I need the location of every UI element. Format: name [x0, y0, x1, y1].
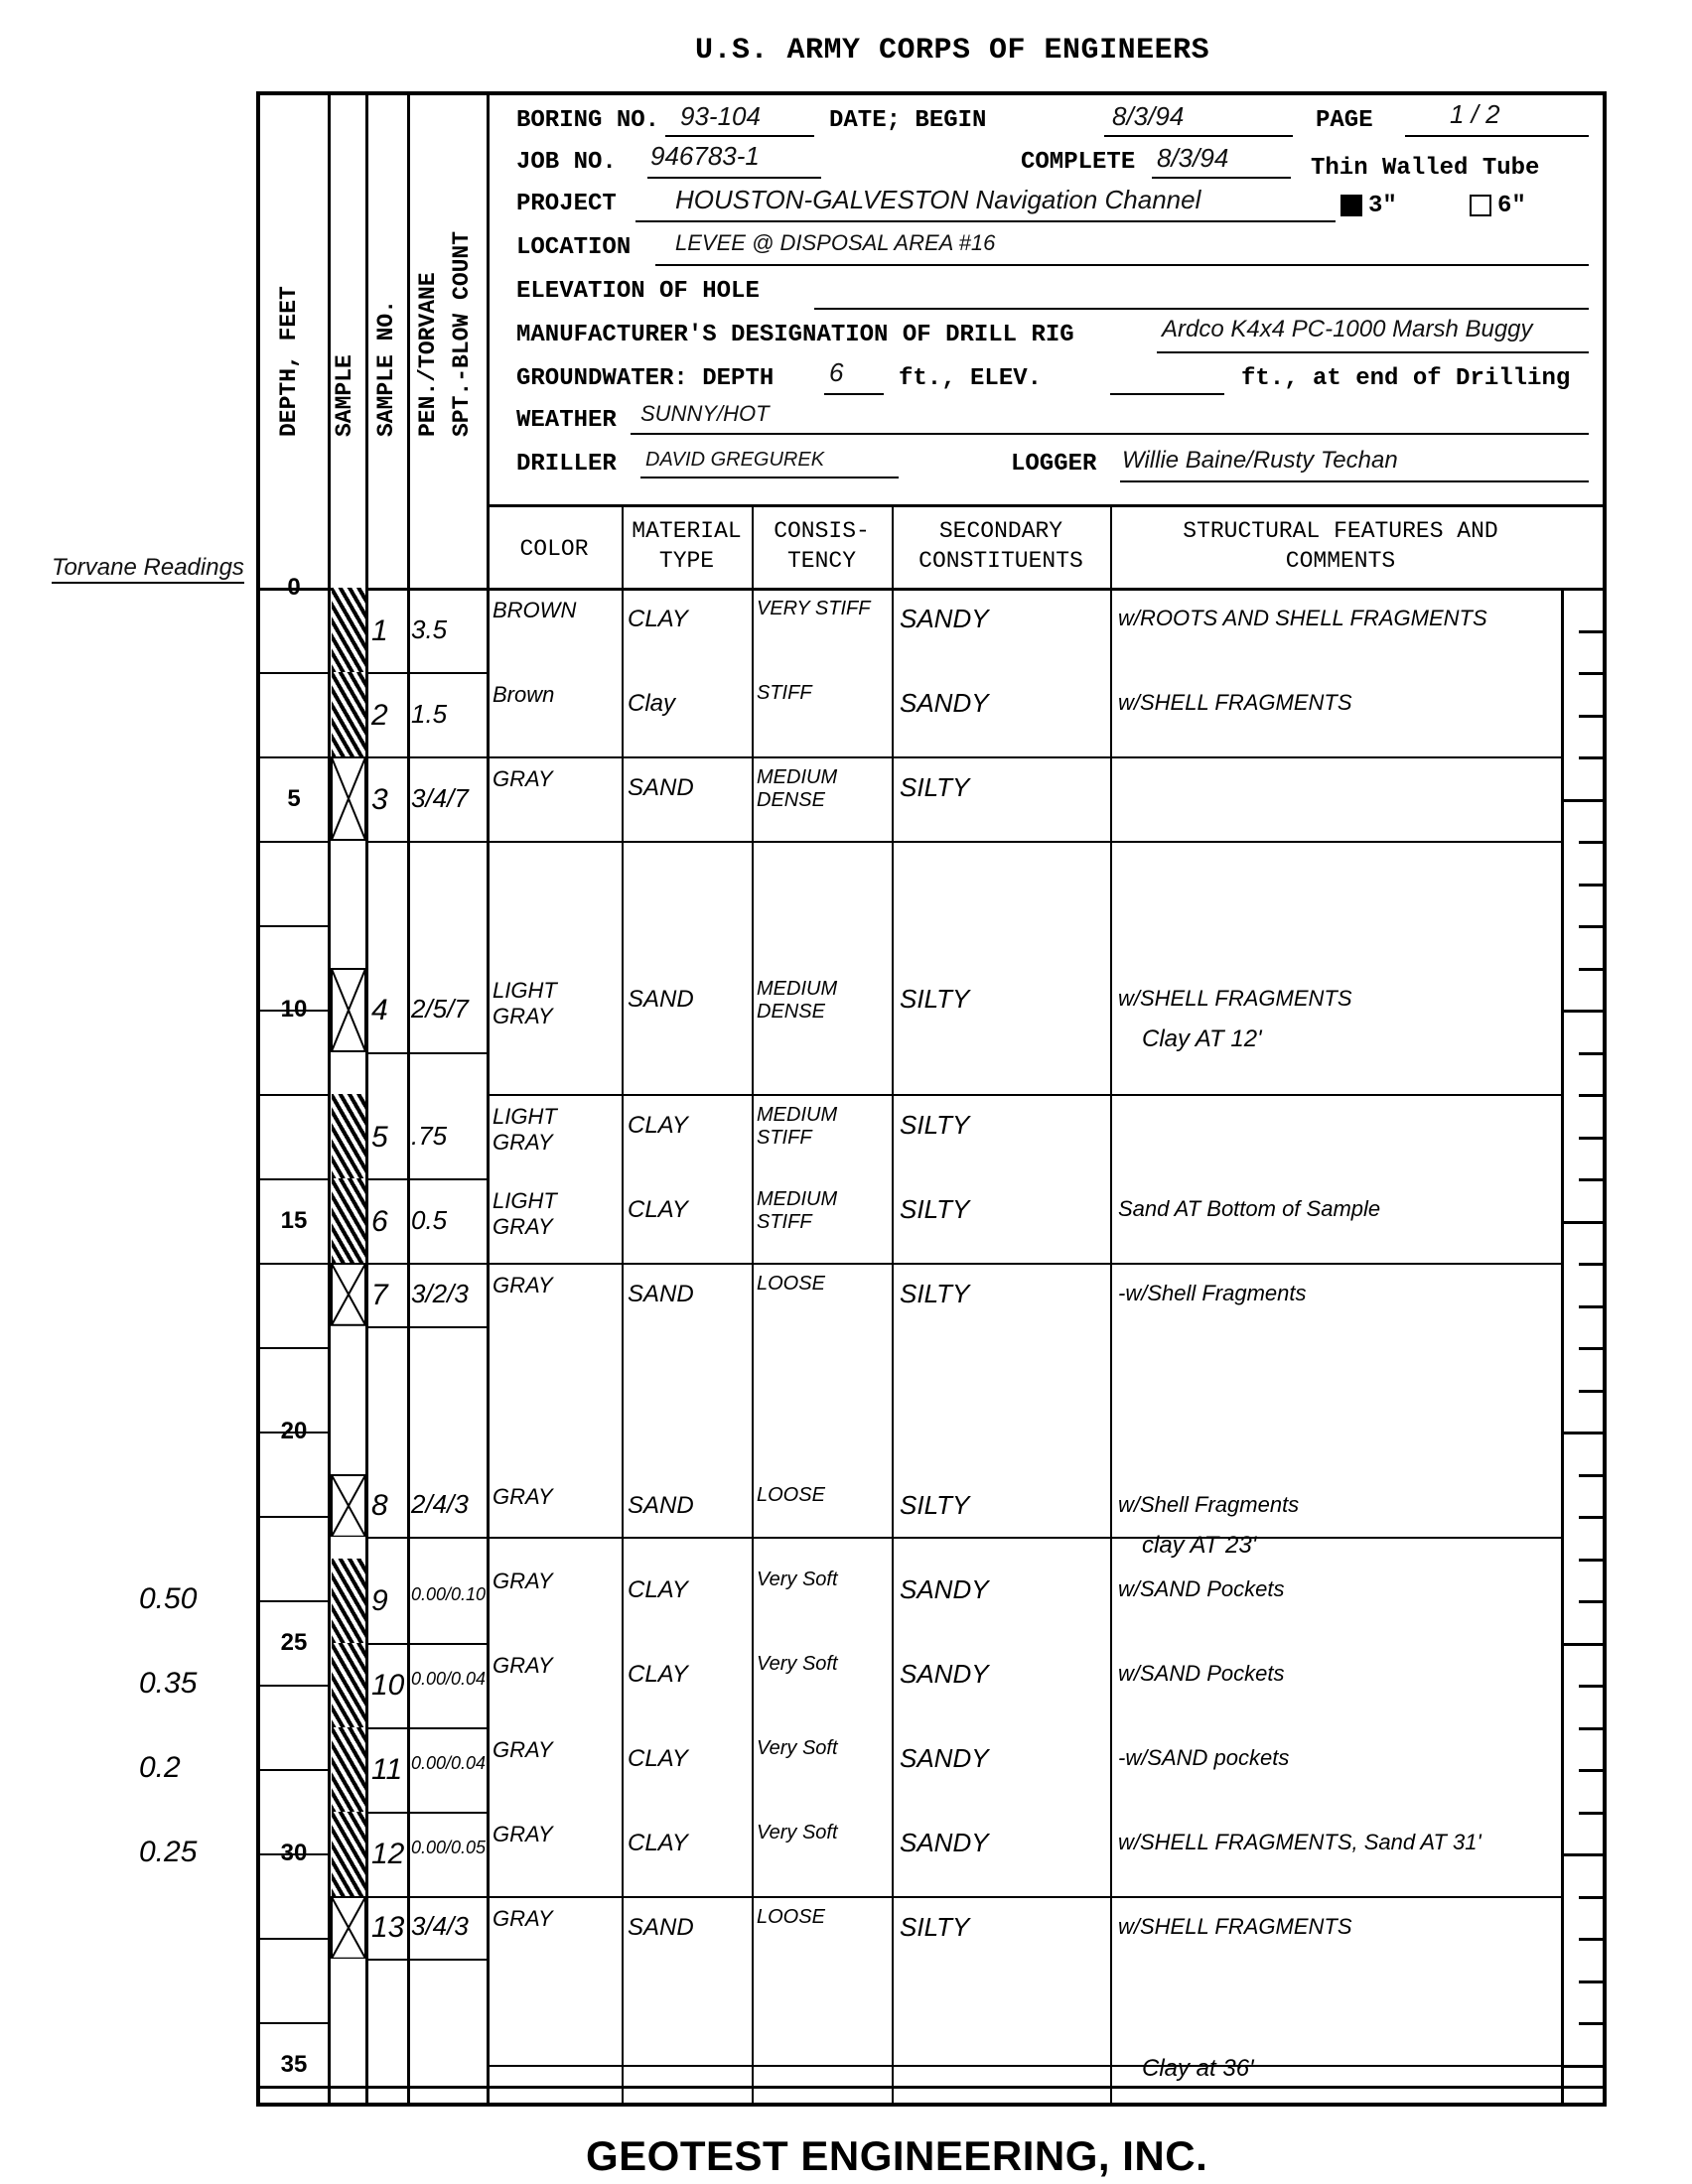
checkbox-3in[interactable]: [1340, 195, 1362, 216]
col-material: MATERIAL TYPE: [622, 516, 752, 576]
pen-torvane-value: 1.5: [411, 699, 447, 730]
sample-spt-marker: [331, 1896, 366, 1960]
color-value: LIGHT GRAY: [493, 1104, 620, 1156]
row-divider: [487, 756, 1561, 758]
color-value: GRAY: [493, 1653, 620, 1679]
depth-gridline: [260, 1600, 328, 1602]
depth-tick: [1579, 1263, 1603, 1266]
comments-value: w/SAND Pockets: [1118, 1661, 1285, 1687]
material-value: SAND: [628, 986, 694, 1014]
page-label: PAGE: [1316, 107, 1373, 134]
divider: [407, 91, 410, 2107]
depth-tick: [1579, 756, 1603, 759]
depth-label: 30: [264, 1840, 324, 1867]
underline: [824, 393, 884, 395]
sample-number: 4: [371, 994, 388, 1027]
depth-gridline: [260, 1938, 328, 1940]
row-divider: [365, 1727, 487, 1729]
row-divider: [365, 672, 487, 674]
divider: [328, 91, 331, 2107]
depth-gridline: [260, 1263, 328, 1265]
divider: [256, 588, 1607, 591]
depth-gridline: [260, 1769, 328, 1771]
divider: [487, 91, 490, 2107]
col-consistency: CONSIS- TENCY: [752, 516, 892, 576]
material-value: CLAY: [628, 1576, 688, 1604]
pen-torvane-value: 3/4/7: [411, 783, 469, 814]
underline: [1152, 177, 1291, 179]
pen-torvane-value: 3/4/3: [411, 1911, 469, 1942]
torvane-reading: 0.50: [139, 1582, 197, 1616]
underline: [635, 220, 1336, 222]
depth-tick: [1579, 1685, 1603, 1688]
sample-tube-marker: [332, 1643, 365, 1727]
underline: [655, 264, 1589, 266]
consistency-value: Very Soft: [757, 1569, 890, 1591]
comments-value: w/SHELL FRAGMENTS: [1118, 690, 1352, 716]
groundwater-elev-field: [1110, 393, 1224, 395]
depth-tick: [1579, 1727, 1603, 1730]
elevation-field: [814, 308, 1589, 310]
divider: [1561, 588, 1564, 2107]
row-divider: [365, 1326, 487, 1328]
depth-label: 25: [264, 1629, 324, 1657]
sample-number: 13: [371, 1911, 404, 1945]
depth-tick: [1579, 1938, 1603, 1941]
depth-tick: [1563, 1853, 1603, 1856]
sample-spt-marker: [331, 756, 366, 841]
underline: [1405, 135, 1589, 137]
underline: [665, 135, 814, 137]
consistency-value: LOOSE: [757, 1484, 890, 1507]
pen-torvane-value: .75: [411, 1121, 447, 1152]
sample-tube-marker: [332, 672, 365, 756]
row-divider: [365, 1959, 487, 1961]
secondary-value: SANDY: [900, 1659, 989, 1690]
depth-gridline: [260, 1516, 328, 1518]
comments-value: w/SHELL FRAGMENTS, Sand AT 31': [1118, 1830, 1481, 1855]
divider: [487, 504, 1607, 507]
pen-torvane-value: 3.5: [411, 614, 447, 645]
row-divider: [365, 1052, 487, 1054]
job-no-label: JOB NO.: [516, 149, 617, 176]
secondary-value: SANDY: [900, 1574, 989, 1605]
row-divider: [365, 1896, 487, 1898]
comments-value: w/Shell Fragments: [1118, 1492, 1299, 1518]
depth-tick: [1563, 1643, 1603, 1646]
color-value: BROWN: [493, 598, 620, 623]
sample-spt-marker: [331, 1474, 366, 1538]
depth-label: 10: [264, 996, 324, 1024]
consistency-value: STIFF: [757, 682, 890, 705]
depth-tick: [1579, 672, 1603, 675]
depth-gridline: [260, 1685, 328, 1687]
color-value: LIGHT GRAY: [493, 1188, 620, 1240]
row-divider: [365, 1812, 487, 1814]
depth-label: 0: [264, 574, 324, 602]
depth-tick: [1579, 1769, 1603, 1772]
company-footer: GEOTEST ENGINEERING, INC.: [586, 2132, 1207, 2180]
row-divider: [487, 1263, 1561, 1265]
underline: [1104, 135, 1293, 137]
secondary-value: SANDY: [900, 604, 989, 634]
comments-value: w/ROOTS AND SHELL FRAGMENTS: [1118, 606, 1487, 631]
comments-note: Clay at 36': [1142, 2055, 1254, 2083]
material-value: Clay: [628, 690, 675, 718]
drill-rig-label: MANUFACTURER'S DESIGNATION OF DRILL RIG: [516, 322, 1074, 348]
sample-number: 12: [371, 1838, 404, 1871]
consistency-value: VERY STIFF: [757, 598, 890, 620]
secondary-value: SILTY: [900, 1110, 969, 1141]
comments-note: Clay AT 12': [1142, 1025, 1262, 1053]
depth-tick: [1579, 1390, 1603, 1393]
underline: [1157, 351, 1589, 353]
secondary-value: SILTY: [900, 1912, 969, 1943]
row-divider: [365, 1178, 487, 1180]
depth-tick: [1579, 1516, 1603, 1519]
depth-tick: [1563, 1221, 1603, 1224]
depth-tick: [1579, 1094, 1603, 1097]
sample-number: 2: [371, 699, 388, 733]
sample-number: 6: [371, 1205, 388, 1239]
consistency-value: MEDIUM DENSE: [757, 978, 890, 1024]
material-value: CLAY: [628, 1661, 688, 1689]
material-value: CLAY: [628, 1112, 688, 1140]
torvane-readings-note: Torvane Readings: [52, 554, 244, 584]
underline: [1120, 480, 1589, 482]
boring-no-label: BORING NO.: [516, 107, 659, 134]
color-value: Brown: [493, 682, 620, 708]
pen-torvane-value: 3/2/3: [411, 1279, 469, 1309]
sample-tube-marker: [332, 1178, 365, 1263]
boring-no-value: 93-104: [680, 101, 761, 132]
end-of-drilling-label: ft., at end of Drilling: [1241, 365, 1570, 392]
location-value: LEVEE @ DISPOSAL AREA #16: [675, 230, 995, 256]
depth-gridline: [260, 1178, 328, 1180]
row-divider: [487, 1537, 1561, 1539]
project-label: PROJECT: [516, 191, 617, 217]
sample-spt-marker: [331, 968, 366, 1052]
row-divider: [487, 841, 1561, 843]
comments-value: w/SHELL FRAGMENTS: [1118, 986, 1352, 1012]
depth-gridline: [260, 1347, 328, 1349]
date-begin-label: DATE; BEGIN: [829, 107, 986, 134]
weather-value: SUNNY/HOT: [640, 401, 770, 427]
ft-elev-label: ft., ELEV.: [899, 365, 1042, 392]
groundwater-depth-value: 6: [829, 357, 843, 388]
depth-label: 35: [264, 2051, 324, 2079]
torvane-reading: 0.35: [139, 1667, 197, 1701]
consistency-value: MEDIUM STIFF: [757, 1188, 890, 1234]
secondary-value: SANDY: [900, 1828, 989, 1858]
logger-value: Willie Baine/Rusty Techan: [1122, 447, 1398, 475]
depth-gridline: [260, 925, 328, 927]
depth-tick: [1579, 2022, 1603, 2025]
divider: [622, 504, 624, 2107]
col-color: COLOR: [487, 534, 622, 564]
col-depth: DEPTH, FEET: [276, 286, 302, 437]
color-value: GRAY: [493, 1822, 620, 1847]
material-value: SAND: [628, 1914, 694, 1942]
tube-label: Thin Walled Tube: [1311, 155, 1539, 182]
secondary-value: SILTY: [900, 772, 969, 803]
color-value: GRAY: [493, 1484, 620, 1510]
secondary-value: SANDY: [900, 688, 989, 719]
color-value: GRAY: [493, 1569, 620, 1594]
depth-gridline: [260, 672, 328, 674]
checkbox-6in[interactable]: [1470, 195, 1491, 216]
tube-6in-option[interactable]: 6": [1470, 193, 1526, 219]
sample-number: 3: [371, 783, 388, 817]
material-value: CLAY: [628, 606, 688, 633]
depth-tick: [1579, 1052, 1603, 1055]
row-divider: [365, 756, 487, 758]
depth-tick: [1579, 841, 1603, 844]
row-divider: [365, 1263, 487, 1265]
pen-torvane-value: 0.00/0.04: [411, 1669, 486, 1690]
driller-label: DRILLER: [516, 451, 617, 478]
sample-number: 1: [371, 614, 388, 648]
color-value: GRAY: [493, 766, 620, 792]
depth-tick: [1579, 884, 1603, 887]
option-label: 6": [1497, 193, 1526, 219]
depth-label: 20: [264, 1418, 324, 1445]
color-value: LIGHT GRAY: [493, 978, 620, 1029]
comments-note: clay AT 23': [1142, 1532, 1256, 1560]
material-value: SAND: [628, 774, 694, 802]
page-value: 1 / 2: [1450, 99, 1500, 130]
col-secondary: SECONDARY CONSTITUENTS: [892, 516, 1110, 576]
depth-tick: [1563, 799, 1603, 802]
comments-value: w/SAND Pockets: [1118, 1576, 1285, 1602]
comments-value: Sand AT Bottom of Sample: [1118, 1196, 1380, 1222]
sample-number: 9: [371, 1584, 388, 1618]
depth-label: 5: [264, 785, 324, 813]
row-divider: [487, 1094, 1561, 1096]
material-value: SAND: [628, 1492, 694, 1520]
weather-label: WEATHER: [516, 407, 617, 434]
secondary-value: SILTY: [900, 984, 969, 1015]
torvane-reading: 0.25: [139, 1836, 197, 1869]
depth-tick: [1579, 1559, 1603, 1562]
comments-value: w/SHELL FRAGMENTS: [1118, 1914, 1352, 1940]
material-value: SAND: [628, 1281, 694, 1308]
depth-gridline: [260, 756, 328, 758]
depth-tick: [1579, 1347, 1603, 1350]
depth-tick: [1563, 2065, 1603, 2068]
depth-label: 15: [264, 1207, 324, 1235]
divider: [1110, 504, 1112, 2107]
secondary-value: SANDY: [900, 1743, 989, 1774]
sample-number: 7: [371, 1279, 388, 1312]
depth-gridline: [260, 2022, 328, 2024]
torvane-reading: 0.2: [139, 1751, 181, 1785]
sample-tube-marker: [332, 1559, 365, 1643]
color-value: GRAY: [493, 1273, 620, 1298]
color-value: GRAY: [493, 1906, 620, 1932]
consistency-value: MEDIUM STIFF: [757, 1104, 890, 1150]
depth-gridline: [260, 1094, 328, 1096]
pen-torvane-value: 2/4/3: [411, 1489, 469, 1520]
date-complete-value: 8/3/94: [1157, 143, 1228, 174]
consistency-value: LOOSE: [757, 1273, 890, 1296]
material-value: CLAY: [628, 1745, 688, 1773]
consistency-value: MEDIUM DENSE: [757, 766, 890, 812]
row-divider: [256, 2086, 1607, 2089]
sample-number: 11: [371, 1753, 402, 1787]
underline: [640, 477, 899, 478]
depth-tick: [1579, 1178, 1603, 1181]
pen-torvane-value: 0.00/0.10: [411, 1584, 486, 1605]
row-divider: [365, 1537, 487, 1539]
secondary-value: SILTY: [900, 1194, 969, 1225]
underline: [631, 433, 1589, 435]
tube-3in-option[interactable]: 3": [1340, 193, 1397, 219]
depth-tick: [1579, 715, 1603, 718]
depth-tick: [1579, 1812, 1603, 1815]
row-divider: [487, 2065, 1561, 2067]
sample-number: 10: [371, 1669, 404, 1703]
depth-tick: [1579, 1137, 1603, 1140]
depth-tick: [1579, 925, 1603, 928]
depth-tick: [1579, 630, 1603, 633]
logger-label: LOGGER: [1011, 451, 1096, 478]
col-sample-no: SAMPLE NO.: [373, 300, 399, 437]
row-divider: [365, 841, 487, 843]
depth-gridline: [260, 841, 328, 843]
row-divider: [365, 1643, 487, 1645]
project-value: HOUSTON-GALVESTON Navigation Channel: [675, 185, 1200, 215]
option-label: 3": [1368, 193, 1397, 219]
comments-value: -w/Shell Fragments: [1118, 1281, 1307, 1306]
divider: [752, 504, 754, 2107]
comments-value: -w/SAND pockets: [1118, 1745, 1289, 1771]
consistency-value: Very Soft: [757, 1737, 890, 1760]
date-begin-value: 8/3/94: [1112, 101, 1184, 132]
underline: [647, 177, 821, 179]
depth-tick: [1563, 1010, 1603, 1013]
divider: [892, 504, 894, 2107]
location-label: LOCATION: [516, 234, 631, 261]
col-pen-torvane: PEN./TORVANE: [415, 272, 441, 437]
material-value: CLAY: [628, 1830, 688, 1857]
consistency-value: LOOSE: [757, 1906, 890, 1929]
agency-title: U.S. ARMY CORPS OF ENGINEERS: [695, 34, 1209, 68]
depth-tick: [1579, 1896, 1603, 1899]
consistency-value: Very Soft: [757, 1822, 890, 1844]
pen-torvane-value: 0.00/0.05: [411, 1838, 486, 1858]
material-value: CLAY: [628, 1196, 688, 1224]
pen-torvane-value: 0.5: [411, 1205, 447, 1236]
pen-torvane-value: 0.00/0.04: [411, 1753, 486, 1774]
sample-tube-marker: [332, 1727, 365, 1812]
driller-value: DAVID GREGUREK: [645, 449, 824, 472]
date-complete-label: COMPLETE: [1021, 149, 1135, 176]
depth-tick: [1579, 968, 1603, 971]
row-divider: [487, 1896, 1561, 1898]
sample-tube-marker: [332, 1812, 365, 1896]
sample-number: 8: [371, 1489, 388, 1523]
divider: [365, 91, 368, 2107]
consistency-value: Very Soft: [757, 1653, 890, 1676]
elevation-label: ELEVATION OF HOLE: [516, 278, 760, 305]
color-value: GRAY: [493, 1737, 620, 1763]
depth-tick: [1579, 1980, 1603, 1983]
job-no-value: 946783-1: [650, 141, 760, 172]
depth-tick: [1563, 1432, 1603, 1434]
sample-tube-marker: [332, 1094, 365, 1178]
groundwater-label: GROUNDWATER: DEPTH: [516, 365, 774, 392]
sample-number: 5: [371, 1121, 388, 1155]
drill-rig-value: Ardco K4x4 PC-1000 Marsh Buggy: [1162, 316, 1533, 343]
depth-tick: [1579, 1474, 1603, 1477]
sample-spt-marker: [331, 1263, 366, 1326]
col-structural: STRUCTURAL FEATURES AND COMMENTS: [1142, 516, 1539, 576]
sample-tube-marker: [332, 588, 365, 672]
depth-tick: [1579, 1305, 1603, 1308]
col-spt: SPT.-BLOW COUNT: [449, 231, 475, 437]
depth-tick: [1579, 1600, 1603, 1603]
secondary-value: SILTY: [900, 1490, 969, 1521]
pen-torvane-value: 2/5/7: [411, 994, 469, 1024]
col-sample: SAMPLE: [332, 354, 357, 437]
secondary-value: SILTY: [900, 1279, 969, 1309]
